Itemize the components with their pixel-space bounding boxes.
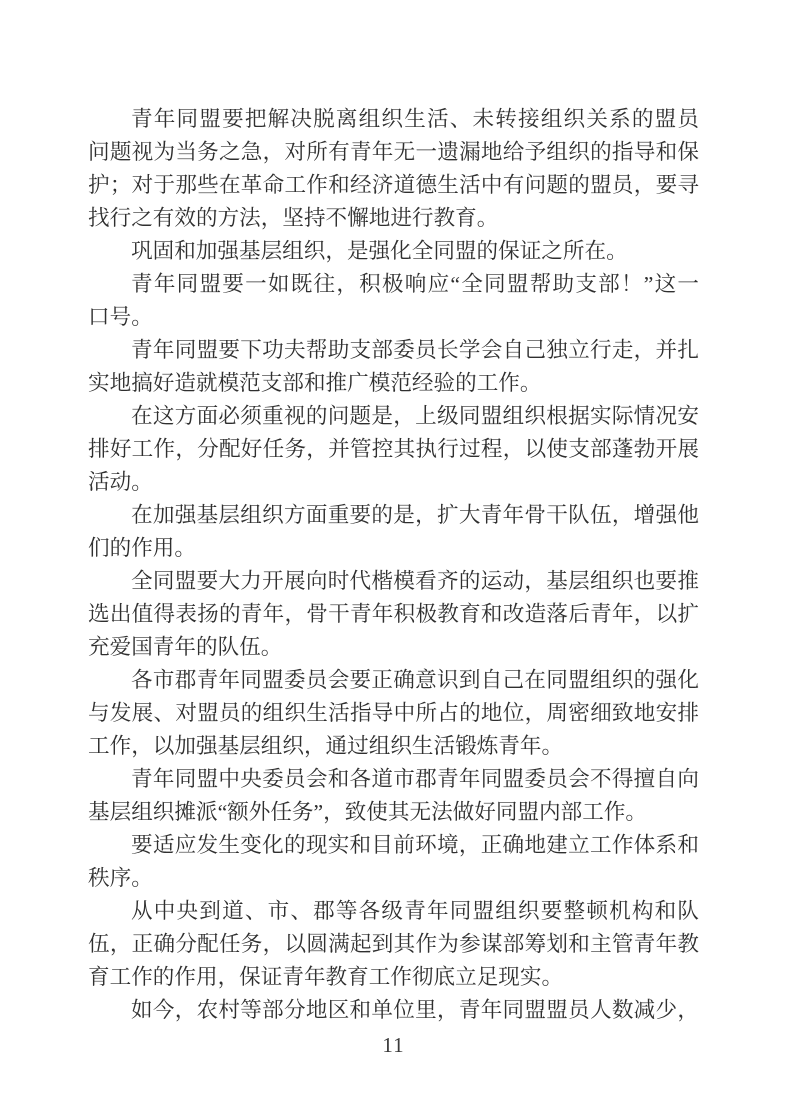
text-line: 育工作的作用，保证青年教育工作彻底立足现实。	[88, 961, 699, 994]
text-line: 从中央到道、市、郡等各级青年同盟组织要整顿机构和队	[88, 895, 699, 928]
text-line: 找行之有效的方法，坚持不懈地进行教育。	[88, 202, 699, 235]
text-line: 各市郡青年同盟委员会要正确意识到自己在同盟组织的强化	[88, 664, 699, 697]
paragraph: 从中央到道、市、郡等各级青年同盟组织要整顿机构和队伍，正确分配任务，以圆满起到其…	[88, 895, 699, 994]
text-line: 充爱国青年的队伍。	[88, 631, 699, 664]
paragraph: 青年同盟中央委员会和各道市郡青年同盟委员会不得擅自向基层组织摊派“额外任务”，致…	[88, 763, 699, 829]
text-line: 在加强基层组织方面重要的是，扩大青年骨干队伍，增强他	[88, 499, 699, 532]
text-line: 排好工作，分配好任务，并管控其执行过程，以使支部蓬勃开展	[88, 433, 699, 466]
text-line: 青年同盟要把解决脱离组织生活、未转接组织关系的盟员	[88, 103, 699, 136]
paragraph: 要适应发生变化的现实和目前环境，正确地建立工作体系和秩序。	[88, 829, 699, 895]
text-line: 活动。	[88, 466, 699, 499]
paragraph: 青年同盟要把解决脱离组织生活、未转接组织关系的盟员问题视为当务之急，对所有青年无…	[88, 103, 699, 235]
text-line: 要适应发生变化的现实和目前环境，正确地建立工作体系和	[88, 829, 699, 862]
text-line: 巩固和加强基层组织，是强化全同盟的保证之所在。	[88, 235, 699, 268]
text-line: 青年同盟要一如既往，积极响应“全同盟帮助支部！”这一	[88, 268, 699, 301]
paragraph: 在加强基层组织方面重要的是，扩大青年骨干队伍，增强他们的作用。	[88, 499, 699, 565]
text-line: 基层组织摊派“额外任务”，致使其无法做好同盟内部工作。	[88, 796, 699, 829]
text-line: 护；对于那些在革命工作和经济道德生活中有问题的盟员，要寻	[88, 169, 699, 202]
text-line: 在这方面必须重视的问题是，上级同盟组织根据实际情况安	[88, 400, 699, 433]
paragraph: 如今，农村等部分地区和单位里，青年同盟盟员人数减少，	[88, 994, 699, 1027]
text-line: 青年同盟要下功夫帮助支部委员长学会自己独立行走，并扎	[88, 334, 699, 367]
paragraph: 各市郡青年同盟委员会要正确意识到自己在同盟组织的强化与发展、对盟员的组织生活指导…	[88, 664, 699, 763]
text-line: 与发展、对盟员的组织生活指导中所占的地位，周密细致地安排	[88, 697, 699, 730]
text-line: 实地搞好造就模范支部和推广模范经验的工作。	[88, 367, 699, 400]
text-line: 问题视为当务之急，对所有青年无一遗漏地给予组织的指导和保	[88, 136, 699, 169]
text-line: 选出值得表扬的青年，骨干青年积极教育和改造落后青年，以扩	[88, 598, 699, 631]
text-line: 伍，正确分配任务，以圆满起到其作为参谋部筹划和主管青年教	[88, 928, 699, 961]
text-line: 口号。	[88, 301, 699, 334]
text-line: 们的作用。	[88, 532, 699, 565]
document-page: 青年同盟要把解决脱离组织生活、未转接组织关系的盟员问题视为当务之急，对所有青年无…	[0, 0, 787, 1116]
text-line: 如今，农村等部分地区和单位里，青年同盟盟员人数减少，	[88, 994, 699, 1027]
paragraph: 在这方面必须重视的问题是，上级同盟组织根据实际情况安排好工作，分配好任务，并管控…	[88, 400, 699, 499]
text-line: 青年同盟中央委员会和各道市郡青年同盟委员会不得擅自向	[88, 763, 699, 796]
text-line: 工作，以加强基层组织，通过组织生活锻炼青年。	[88, 730, 699, 763]
paragraph: 青年同盟要一如既往，积极响应“全同盟帮助支部！”这一口号。	[88, 268, 699, 334]
paragraph: 巩固和加强基层组织，是强化全同盟的保证之所在。	[88, 235, 699, 268]
page-number: 11	[0, 1033, 787, 1057]
paragraph: 全同盟要大力开展向时代楷模看齐的运动，基层组织也要推选出值得表扬的青年，骨干青年…	[88, 565, 699, 664]
text-line: 秩序。	[88, 862, 699, 895]
text-line: 全同盟要大力开展向时代楷模看齐的运动，基层组织也要推	[88, 565, 699, 598]
paragraph: 青年同盟要下功夫帮助支部委员长学会自己独立行走，并扎实地搞好造就模范支部和推广模…	[88, 334, 699, 400]
text-block: 青年同盟要把解决脱离组织生活、未转接组织关系的盟员问题视为当务之急，对所有青年无…	[88, 103, 699, 1027]
